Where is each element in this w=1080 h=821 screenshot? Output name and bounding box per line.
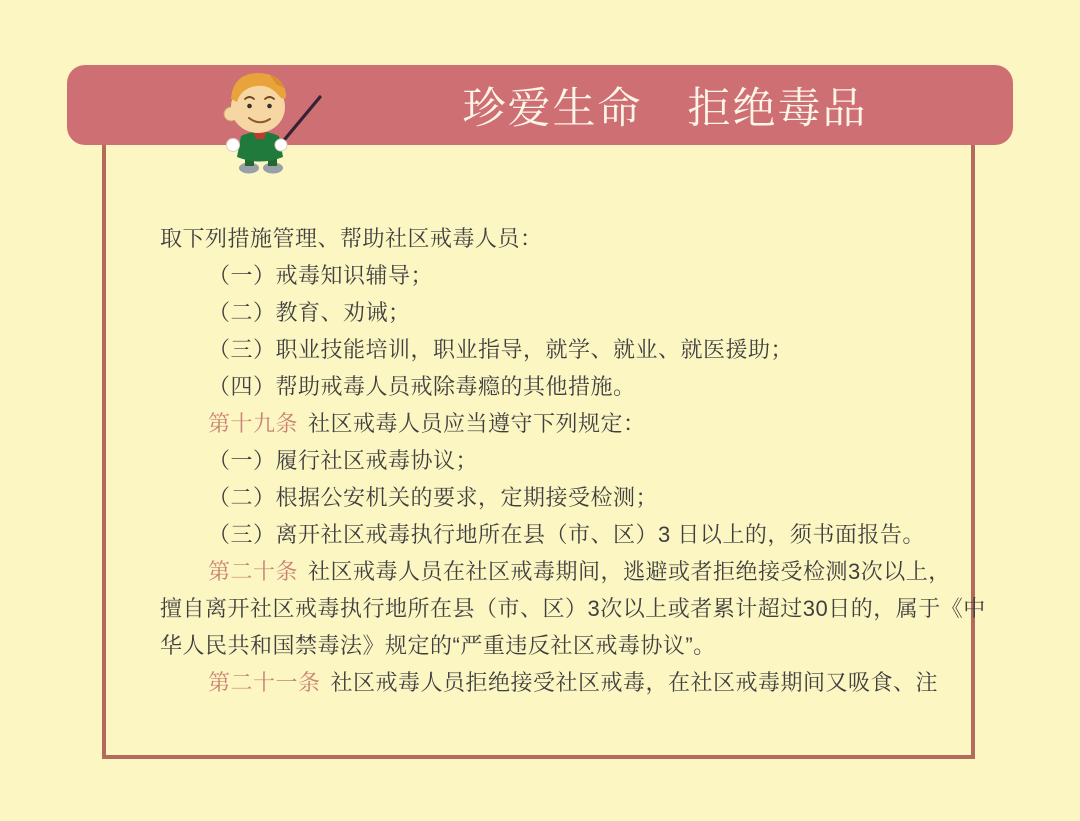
line-text: （二）教育、劝诫； xyxy=(208,300,411,325)
line-text: 华人民共和国禁毒法》规定的“严重违反社区戒毒协议”。 xyxy=(160,633,716,658)
line-text: （二）根据公安机关的要求，定期接受检测； xyxy=(208,485,658,510)
content-panel: 取下列措施管理、帮助社区戒毒人员：（一）戒毒知识辅导；（二）教育、劝诫；（三）职… xyxy=(102,118,975,759)
text-line: （三）职业技能培训，职业指导，就学、就业、就医援助； xyxy=(160,331,941,368)
line-text: （四）帮助戒毒人员戒除毒瘾的其他措施。 xyxy=(208,374,636,399)
line-text: （三）离开社区戒毒执行地所在县（市、区）3 日以上的，须书面报告。 xyxy=(208,522,925,547)
header-banner: 珍爱生命 拒绝毒品 xyxy=(67,65,1013,145)
text-line: 第二十一条社区戒毒人员拒绝接受社区戒毒，在社区戒毒期间又吸食、注 xyxy=(160,664,941,701)
text-line: （四）帮助戒毒人员戒除毒瘾的其他措施。 xyxy=(160,368,941,405)
text-line: 取下列措施管理、帮助社区戒毒人员： xyxy=(160,220,941,257)
article-number: 第二十条 xyxy=(208,559,298,584)
text-line: （三）离开社区戒毒执行地所在县（市、区）3 日以上的，须书面报告。 xyxy=(160,516,941,553)
line-text: 社区戒毒人员在社区戒毒期间，逃避或者拒绝接受检测3次以上， xyxy=(308,559,951,584)
article-number: 第二十一条 xyxy=(208,670,321,695)
line-text: 取下列措施管理、帮助社区戒毒人员： xyxy=(160,226,543,251)
poster: 取下列措施管理、帮助社区戒毒人员：（一）戒毒知识辅导；（二）教育、劝诫；（三）职… xyxy=(0,0,1080,821)
banner-title: 珍爱生命 拒绝毒品 xyxy=(327,65,1003,145)
text-line: （一）履行社区戒毒协议； xyxy=(160,442,941,479)
text-line: （二）根据公安机关的要求，定期接受检测； xyxy=(160,479,941,516)
line-text: （一）戒毒知识辅导； xyxy=(208,263,433,288)
pointer-stick-icon xyxy=(280,97,320,145)
line-text: 社区戒毒人员拒绝接受社区戒毒，在社区戒毒期间又吸食、注 xyxy=(331,670,939,695)
article-number: 第十九条 xyxy=(208,411,298,436)
text-line: 第十九条社区戒毒人员应当遵守下列规定： xyxy=(160,405,941,442)
text-line: 第二十条社区戒毒人员在社区戒毒期间，逃避或者拒绝接受检测3次以上， xyxy=(160,553,941,590)
line-text: （三）职业技能培训，职业指导，就学、就业、就医援助； xyxy=(208,337,793,362)
text-line: （一）戒毒知识辅导； xyxy=(160,257,941,294)
text-line: 华人民共和国禁毒法》规定的“严重违反社区戒毒协议”。 xyxy=(160,627,941,664)
line-text: 擅自离开社区戒毒执行地所在县（市、区）3次以上或者累计超过30日的，属于《中 xyxy=(160,596,986,621)
law-text: 取下列措施管理、帮助社区戒毒人员：（一）戒毒知识辅导；（二）教育、劝诫；（三）职… xyxy=(106,220,971,701)
text-line: 擅自离开社区戒毒执行地所在县（市、区）3次以上或者累计超过30日的，属于《中 xyxy=(160,590,941,627)
line-text: 社区戒毒人员应当遵守下列规定： xyxy=(308,411,646,436)
mascot-illustration xyxy=(210,66,330,176)
line-text: （一）履行社区戒毒协议； xyxy=(208,448,478,473)
text-line: （二）教育、劝诫； xyxy=(160,294,941,331)
